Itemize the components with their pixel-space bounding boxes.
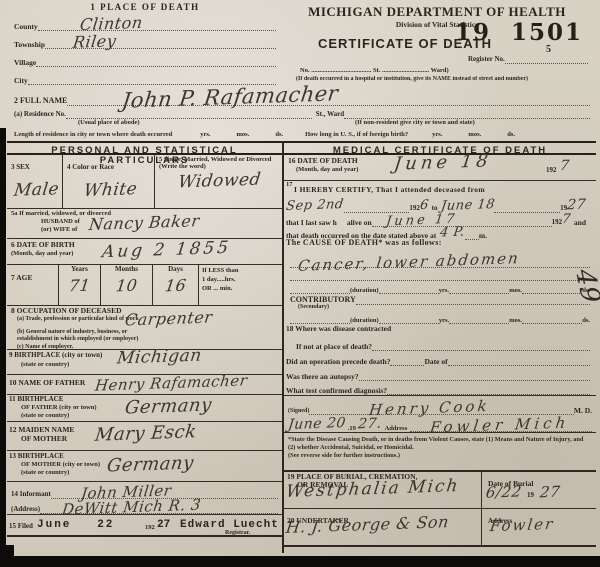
cause-value-row: Cancer, lower abdomen [284,251,596,268]
dotted-line: DeWitt Mich R. 3 [40,511,278,514]
sex-race-marital-row: 3 SEX Male 4 Color or Race White 5 Singl… [7,155,282,209]
mos-label: mos. [468,131,481,138]
occupation-b-label: (b) General nature of industry, business… [17,329,142,342]
length-residence-label: Length of residence in city or town wher… [14,131,172,138]
where-contracted-label: 18 Where was disease contracted [286,325,391,333]
footnote-block: *State the Disease Causing Death, or in … [284,433,596,470]
st-ward-label: St., Ward [316,111,344,119]
marital-label: 5 Single, Married, Widowed or Divorced (… [159,156,280,170]
if-less-line3: OR ... min. [202,285,282,292]
spouse-row: 5a If married, widowed, or divorced HUSB… [7,209,282,239]
undertaker-address-cell: Address Fowler [482,509,596,545]
duration-mos: mos. [509,287,522,294]
mother-birthplace-row: 13 BIRTHPLACE OF MOTHER (city or town) (… [7,451,282,482]
father-name-handwriting: Henry Rafamacher [94,372,248,394]
burial-place-cell: 19 PLACE OF BURIAL, CREMATION, OR REMOVA… [284,472,482,509]
age-months-handwriting: 10 [115,276,139,294]
sign-19-label: .19 [348,425,356,432]
township-row: Township Riley [14,31,276,49]
dob-label: 6 DATE OF BIRTH [11,241,75,249]
filed-date-stamp: June 22 [37,519,114,531]
length-residence-row: Length of residence in city or town wher… [14,127,590,138]
age-label-cell: 7 AGE [7,265,59,305]
mother-bp-handwriting: Germany [106,453,195,476]
autopsy-row: Was there an autopsy? [284,366,596,381]
informant-label: 14 Informant [11,491,51,499]
mother-bp-label1: 13 BIRTHPLACE [9,453,64,461]
dob-handwriting: Aug 2 1855 [101,239,232,262]
duration-yrs: yrs. [439,287,449,294]
how-long-us-label: How long in U. S., if of foreign birth? [305,131,408,138]
village-row: Village [14,49,276,67]
scan-edge-bottom [0,556,600,567]
full-name-row: 2 FULL NAME John P. Rafamacher [14,84,590,106]
if-less-line2: 1 day.....hrs. [202,276,282,283]
last-saw-line: that I last saw h alive on June 17 192 7… [286,214,586,227]
sign-year-handwriting: 27. [357,416,383,432]
secondary-label: (Secondary) [298,304,329,311]
race-label: 4 Color or Race [67,163,114,171]
mother-name-label2: OF MOTHER [21,435,67,443]
yrs-label: yrs. [200,131,210,138]
sign-date-handwriting: June 20 [287,416,347,433]
filed-192-label: 192 [145,524,155,531]
cause-of-death-label: The CAUSE OF DEATH* was as follows: [286,239,442,248]
test-row: What test confirmed diagnosis? [284,381,596,395]
last-saw-mid: alive on [347,219,372,227]
dotted-line: Riley [45,46,276,49]
blank-dotted-row [284,268,596,281]
if-not-place-row: If not at place of death? [284,336,596,351]
undertaker-address-handwriting: Fowler [489,516,555,535]
marital-handwriting: Widowed [158,170,281,193]
birthplace-label: 9 BIRTHPLACE (city or town) [9,352,102,360]
dod-192-label: 192 [546,167,557,175]
test-question: What test confirmed diagnosis? [286,387,387,395]
wife-of-label: (or) WIFE of [41,226,77,233]
if-less-line1: If LESS than [202,267,282,274]
father-bp-handwriting: Germany [124,395,213,418]
ds-label: ds. [275,131,283,138]
days-header: Days [153,266,198,274]
dod-label: 16 DATE OF DEATH [288,157,358,165]
autopsy-question: Was there an autopsy? [286,373,359,381]
dod-year-handwriting: 7 [559,159,570,175]
dotted-line [36,64,276,67]
filed-row: 15 Filed June 22 192 27 Edward Luecht Re… [7,515,282,537]
dob-sub-label: (Month, day and year) [11,250,73,257]
hospital-note: (If death occurred in a hospital or inst… [296,76,596,83]
occupation-a-handwriting: Carpenter [124,308,214,329]
where-contracted-row: 18 Where was disease contracted [284,324,596,336]
dotted-line: Fowler Mich [410,429,592,432]
if-less-cell: If LESS than 1 day.....hrs. OR ... min. [199,265,282,305]
duration-ds-2: ds. [582,317,590,324]
age-days-cell: Days 16 [153,265,199,305]
mother-name-row: 12 MAIDEN NAME OF MOTHER Mary Esck [7,422,282,451]
burial-table: 19 PLACE OF BURIAL, CREMATION, OR REMOVA… [284,470,596,547]
township-label: Township [14,41,45,49]
death-certificate-scan: 1 PLACE OF DEATH County Clinton Township… [0,0,600,567]
yrs-label: yrs. [432,131,442,138]
filed-label: 15 Filed [9,523,33,531]
undertaker-handwriting: H. J. George & Son [285,513,450,536]
duration-row-1: (duration) yrs. mos. ds. [284,281,596,294]
certify-block: 17 I HEREBY CERTIFY, That I attended dec… [284,181,596,239]
last-saw-year-handwriting: 7 [561,213,572,228]
burial-19-label: 19 [527,492,534,500]
date-of-death-row: 16 DATE OF DEATH (Month, day and year) J… [284,155,596,181]
sex-handwriting: Male [10,180,63,201]
age-years-handwriting: 71 [68,276,92,294]
sign-date-row: June 20 .19 27. Address Fowler Mich [284,415,596,433]
husband-of-label: HUSBAND of [41,218,80,225]
dotted-line [505,61,588,64]
nonresident-note: (If non-resident give city or town and s… [355,119,475,126]
duration-row-2: (duration) yrs. mos. ds. [284,311,596,324]
dotted-line: Clinton [38,28,276,31]
if-not-place-label: If not at place of death? [296,343,372,351]
duration-label: (duration) [350,287,379,294]
personal-section-band: PERSONAL AND STATISTICAL PARTICULARS [7,141,282,155]
age-row: 7 AGE Years 71 Months 10 Days 16 If LESS… [7,265,282,306]
margin-pencil-mark: 49 [569,268,600,304]
township-handwriting: Riley [72,32,117,51]
register-no-value: 5 [546,44,551,55]
footnote-text: *State the Disease Causing Death, or in … [288,436,592,452]
age-years-cell: Years 71 [59,265,101,305]
birthplace-handwriting: Michigan [116,346,203,368]
personal-column: PERSONAL AND STATISTICAL PARTICULARS 3 S… [7,141,284,553]
spouse-handwriting: Nancy Baker [88,212,201,234]
mother-bp-sub: (state or country) [21,469,69,476]
informant-address-label: (Address) [11,506,40,514]
father-bp-label1: 11 BIRTHPLACE [9,396,63,404]
age-days-handwriting: 16 [164,276,188,294]
signed-row: (Signed) Henry Cook M. D. [284,395,596,415]
dotted-line [494,210,560,213]
cause-label-row: The CAUSE OF DEATH* was as follows: [284,239,596,251]
address-word-label: Address [385,425,408,432]
residence-row: (a) Residence No. St., Ward [14,106,590,119]
register-no-label: Register No. [468,56,505,64]
operation-question: Did an operation precede death? [286,358,390,366]
age-months-cell: Months 10 [101,265,153,305]
race-handwriting: White [66,179,155,201]
city-row: City [14,67,276,85]
abode-note: (Usual place of abode) [78,119,140,126]
dod-sub-label: (Month, day and year) [296,166,358,173]
operation-row: Did an operation precede death? Date of [284,351,596,366]
signed-label: (Signed) [288,408,309,415]
race-cell: 4 Color or Race White [63,155,155,208]
last-saw-pre: that I last saw h [286,219,337,227]
dod-handwriting: June 18 [393,151,493,174]
filed-year-stamp: 27 [157,519,170,531]
from-year-handwriting: 6 [419,199,430,214]
duration-mos-2: mos. [509,317,522,324]
contributory-row: CONTRIBUTORY (Secondary) [284,294,596,311]
occupation-label: 8 OCCUPATION OF DECEASED [11,307,122,315]
mother-bp-label2: OF MOTHER (city or town) [21,461,100,468]
operation-date-label: Date of [424,358,447,366]
dotted-line [356,302,590,305]
informant-row: 14 Informant John Miller (Address) DeWit… [7,482,282,515]
dotted-line [344,210,410,213]
age-label: 7 AGE [11,273,32,282]
undertaker-cell: 20 UNDERTAKER H. J. George & Son [284,509,482,545]
last-saw-post: and [574,219,586,227]
sex-cell: 3 SEX Male [7,155,63,208]
burial-date-handwriting: 6/22 [485,483,523,501]
years-header: Years [59,266,100,274]
registrar-title-label: Registrar. [225,530,250,537]
county-row: County Clinton [14,13,276,31]
father-bp-sub: (state or country) [21,412,69,419]
full-name-label: 2 FULL NAME [14,97,67,106]
dob-row: 6 DATE OF BIRTH (Month, day and year) Au… [7,239,282,265]
burial-year-handwriting: 27 [539,484,561,501]
place-of-death-block: 1 PLACE OF DEATH County Clinton Township… [14,3,276,85]
ds-label: ds. [507,131,515,138]
father-name-row: 10 NAME OF FATHER Henry Rafamacher [7,375,282,395]
certify-dates-line: Sep 2nd 192 6 to June 18 19 27 [286,199,586,213]
village-label: Village [14,59,36,67]
marital-cell: 5 Single, Married, Widowed or Divorced (… [155,155,282,208]
birthplace-sub-label: (state or country) [21,361,69,368]
burial-place-handwriting: Westphalia Mich [285,477,461,502]
mos-label: mos. [237,131,250,138]
medical-column: MEDICAL CERTIFICATE OF DEATH 16 DATE OF … [284,141,596,553]
street-ward-line: No. ....................................… [300,67,592,74]
scan-edge-corner [0,545,14,567]
certify-line1: I HEREBY CERTIFY, That I attended deceas… [294,186,485,194]
county-label: County [14,23,38,31]
father-birthplace-row: 11 BIRTHPLACE OF FATHER (city or town) (… [7,395,282,422]
place-of-death-title: 1 PLACE OF DEATH [14,3,276,13]
attended-from-handwriting: Sep 2nd [285,198,344,214]
burial-date-cell: Date of Burial 6/22 19 27 [482,472,596,509]
father-bp-label2: OF FATHER (city or town) [21,404,97,411]
mother-name-handwriting: Mary Esck [94,422,198,445]
scan-edge-left [0,128,6,558]
item-17-number: 17 [286,181,293,188]
father-name-label: 10 NAME OF FATHER [9,379,85,387]
md-label: M. D. [574,407,592,415]
residence-label: (a) Residence No. [14,111,66,119]
certificate-number-stamp: 19 1501 [455,20,583,45]
department-title: MICHIGAN DEPARTMENT OF HEALTH [287,5,587,19]
duration-label-2: (duration) [350,317,379,324]
months-header: Months [101,266,152,274]
duration-yrs-2: yrs. [439,317,449,324]
occupation-row: 8 OCCUPATION OF DECEASED (a) Trade, prof… [7,306,282,350]
register-no-block: 5 Register No. [468,50,588,64]
sex-label: 3 SEX [11,163,30,171]
mother-name-label1: 12 MAIDEN NAME [9,426,74,434]
footnote-text-2: (See reverse side for further instructio… [288,452,592,460]
